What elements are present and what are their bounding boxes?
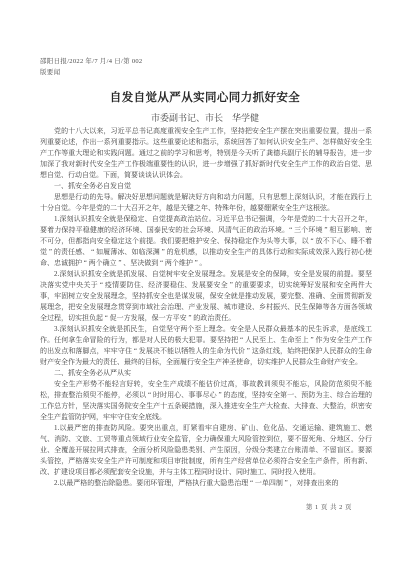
article-paragraph: 思想是行动的先导。解决好思想问题就是解决好方向和动力问题，只有思想上深刻认识，才…: [40, 192, 372, 214]
document-page: 邵阳日报/2022 年/7 月/4 日/第 002 版要闻 自发自觉从严从实同心…: [0, 0, 410, 580]
article-paragraph: 1.深刻认识抓安全就是保稳定、自觉提高政治站位。习近平总书记强调，今年是党的二十…: [40, 214, 372, 269]
article-paragraph: 安全生产形势不能轻言好转，安全生产成绩不能估价过高，事故教训须臾不能忘，风险防范…: [40, 379, 372, 423]
article-paragraph: 2.以最严格的整治除隐患。要闭环管理，严格执行重大隐患治理 “ 一单四制 ” ，…: [40, 478, 372, 489]
byline: 市委副书记、市长 华学健: [0, 111, 410, 124]
article-body: 党的十八大以来，习近平总书记高度重视安全生产工作，坚持把安全生产摆在突出重要位置…: [40, 126, 372, 489]
article-paragraph: 党的十八大以来，习近平总书记高度重视安全生产工作，坚持把安全生产摆在突出重要位置…: [40, 126, 372, 181]
masthead-section-line: 版要闻: [40, 67, 142, 78]
masthead: 邵阳日报/2022 年/7 月/4 日/第 002 版要闻: [40, 56, 142, 78]
section-heading: 一、抓安全务必自发自觉: [40, 181, 372, 192]
masthead-source-line: 邵阳日报/2022 年/7 月/4 日/第 002: [40, 56, 142, 67]
section-heading: 二、抓安全务必从严从实: [40, 368, 372, 379]
article-paragraph: 2.深刻认识抓安全就是抓发展、自觉树牢安全发展理念。发展是安全的保障，安全是发展…: [40, 269, 372, 324]
page-number-indicator: 第 1 页 共 2 页: [306, 502, 352, 511]
article-paragraph: 1.以最严密的排查防风险。要突出重点，盯紧看牢自建房、矿山、危化品、交通运输、建…: [40, 423, 372, 478]
article-paragraph: 3.深刻认识抓安全就是抓民生，自觉坚守两个至上理念。安全是人民群众最基本的民生诉…: [40, 324, 372, 368]
page-title: 自发自觉从严从实同心同力抓好安全: [0, 89, 410, 105]
